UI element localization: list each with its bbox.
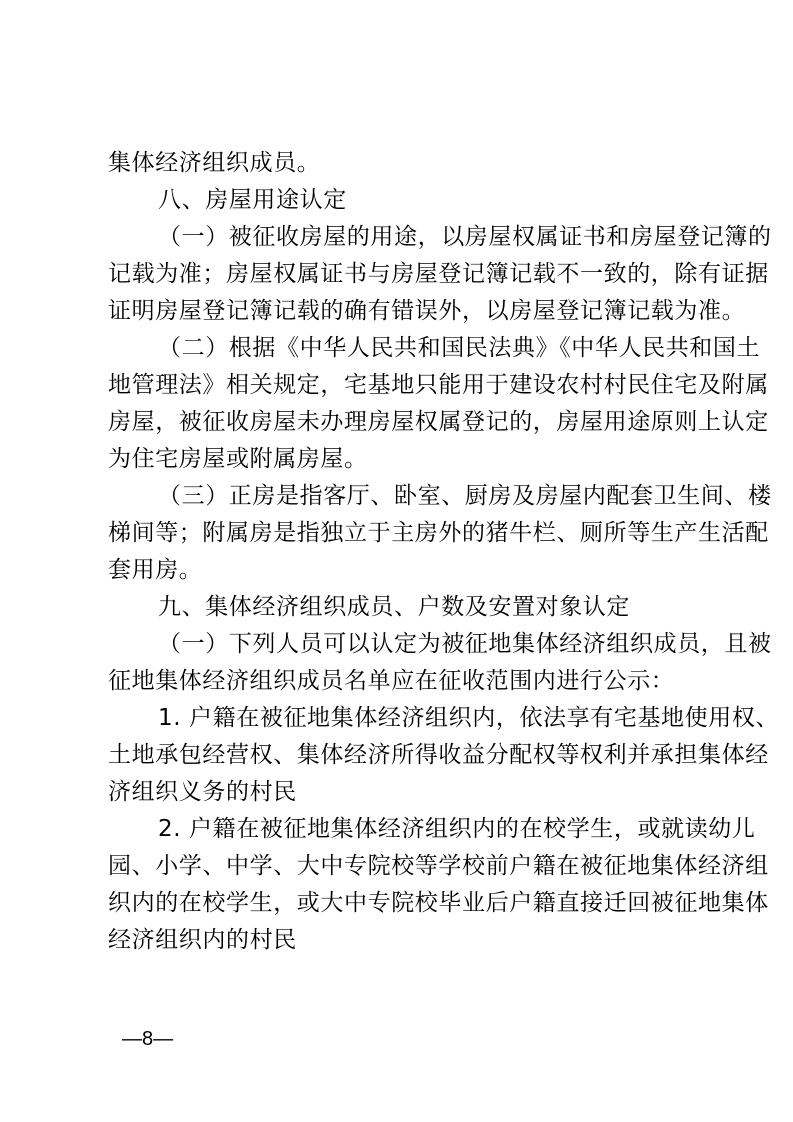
- paragraph-line: 征地集体经济组织成员名单应在征收范围内进行公示：: [108, 666, 694, 696]
- paragraph-line: 为住宅房屋或附属房屋。: [108, 444, 694, 474]
- section-heading-nine: 九、集体经济组织成员、户数及安置对象认定: [158, 592, 744, 622]
- paragraph-line: 园、小学、中学、大中专院校等学校前户籍在被征地集体经济组: [108, 851, 694, 881]
- paragraph-line: （三）正房是指客厅、卧室、厨房及房屋内配套卫生间、楼: [158, 481, 694, 511]
- paragraph-line: （一）下列人员可以认定为被征地集体经济组织成员，且被: [158, 629, 694, 659]
- paragraph-line: 记载为准；房屋权属证书与房屋登记簿记载不一致的，除有证据: [108, 259, 694, 289]
- list-item-2: 2. 户籍在被征地集体经济组织内的在校学生，或就读幼儿: [158, 814, 744, 844]
- paragraph-line: 土地承包经营权、集体经济所得收益分配权等权利并承担集体经: [108, 740, 694, 770]
- paragraph-line: 经济组织内的村民: [108, 925, 694, 955]
- section-heading-eight: 八、房屋用途认定: [158, 185, 744, 215]
- paragraph-line: 地管理法》相关规定，宅基地只能用于建设农村村民住宅及附属: [108, 370, 694, 400]
- paragraph-line: 套用房。: [108, 555, 694, 585]
- list-item-1: 1. 户籍在被征地集体经济组织内，依法享有宅基地使用权、: [158, 703, 694, 733]
- paragraph-line: 织内的在校学生，或大中专院校毕业后户籍直接迁回被征地集体: [108, 888, 694, 918]
- paragraph-line: （一）被征收房屋的用途，以房屋权属证书和房屋登记簿的: [158, 222, 694, 252]
- paragraph-line: （二）根据《中华人民共和国民法典》《中华人民共和国土: [158, 333, 694, 363]
- document-page: 集体经济组织成员。 八、房屋用途认定 （一）被征收房屋的用途，以房屋权属证书和房…: [0, 0, 793, 1122]
- paragraph-line: 集体经济组织成员。: [108, 148, 694, 178]
- paragraph-line: 房屋，被征收房屋未办理房屋权属登记的，房屋用途原则上认定: [108, 407, 694, 437]
- paragraph-line: 证明房屋登记簿记载的确有错误外，以房屋登记簿记载为准。: [108, 296, 694, 326]
- page-number: —8—: [122, 1028, 173, 1051]
- paragraph-line: 梯间等；附属房是指独立于主房外的猪牛栏、厕所等生产生活配: [108, 518, 694, 548]
- paragraph-line: 济组织义务的村民: [108, 777, 694, 807]
